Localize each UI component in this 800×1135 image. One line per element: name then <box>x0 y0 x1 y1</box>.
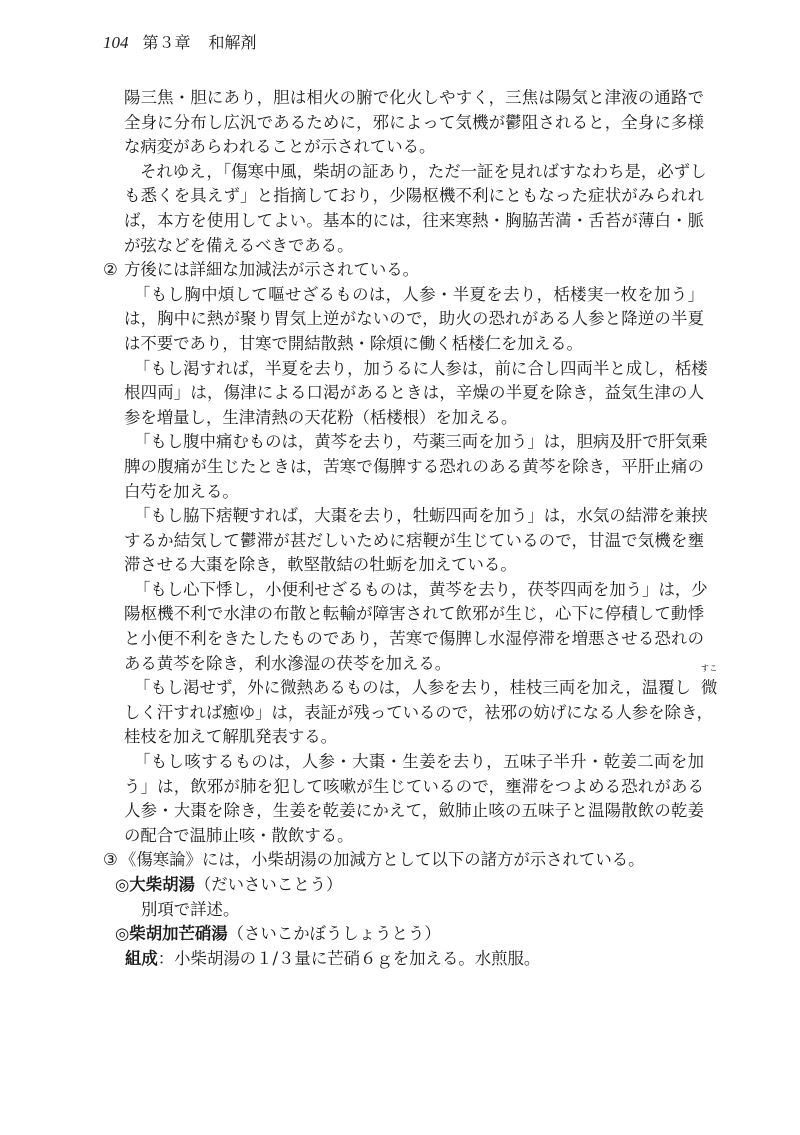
item-marker: ③ <box>103 848 120 873</box>
text-line: するか結気して鬱滞が甚だしいために痞鞕が生じているので，甘温で気機を壅 <box>103 529 704 554</box>
text-line: 参を増量し，生津清熱の天花粉（栝楼根）を加える。 <box>103 406 713 431</box>
text-segment: 「もし渇せず，外に微熱あるものは，人参を去り，桂枝三両を加え，温覆し <box>134 678 691 697</box>
text-line: 「もし脇下痞鞕すれば，大棗を去り，牡蛎四両を加う」は，水気の結滞を兼挟 <box>103 504 704 529</box>
formula-name: ◎大柴胡湯 <box>115 875 195 894</box>
text-line: は不要であり，甘寒で開結散熱・除煩に働く栝楼仁を加える。 <box>103 332 713 357</box>
text-line: 桂枝を加えて解肌発表する。 <box>103 725 713 750</box>
text-line: が弦などを備えるべきである。 <box>103 234 713 259</box>
text-line: 白芍を加える。 <box>103 480 713 505</box>
running-header: 104第３章和解剤 <box>103 33 257 53</box>
paragraph: それゆえ，「傷寒中風，柴胡の証あり，ただ一証を見ればすなわち是，必ずし も悉くを… <box>103 160 713 258</box>
text-line: しく汗すれば癒ゆ」は，表証が残っているので，袪邪の妨げになる人参を除き， <box>103 701 704 726</box>
formula-composition: 組成：小柴胡湯の１/３量に芒硝６ｇを加える。水煎服。 <box>103 947 713 972</box>
text-line: 滞させる大棗を除き，軟堅散結の牡蛎を加えている。 <box>103 553 713 578</box>
ruby-annotation: すこ微 <box>691 676 717 701</box>
formula-reading: （さいこかぼうしょうとう） <box>228 924 441 943</box>
modification-paragraph: 「もし咳するものは，人参・大棗・生姜を去り，五味子半升・乾姜二両を加 う」は，飲… <box>103 750 713 848</box>
formula-reading: （だいさいことう） <box>195 875 343 894</box>
modification-paragraph: 「もし胸中煩して嘔せざるものは，人参・半夏を去り，栝楼実一枚を加う」 は，胸中に… <box>103 283 713 357</box>
paragraph-continuation: 陽三焦・胆にあり，胆は相火の腑で化火しやすく，三焦は陽気と津液の通路で 全身に分… <box>103 86 713 160</box>
item-marker: ② <box>103 258 124 283</box>
text-line: 人参・大棗を除き，生姜を乾姜にかえて，斂肺止咳の五味子と温陽散飲の乾姜 <box>103 799 704 824</box>
text-line: それゆえ，「傷寒中風，柴胡の証あり，ただ一証を見ればすなわち是，必ずし <box>103 160 704 185</box>
text-line: 「もし渇すれば，半夏を去り，加うるに人参は，前に合し四両半と成し，栝楼 <box>103 357 704 382</box>
text-line: う」は，飲邪が肺を犯して咳嗽が生じているので，壅滞をつよめる恐れがある <box>103 775 704 800</box>
list-item-2: ②方後には詳細な加減法が示されている。 <box>103 258 713 283</box>
list-item-3: ③《傷寒論》には，小柴胡湯の加減方として以下の諸方が示されている。 <box>103 848 713 873</box>
chapter-label: 第３章 <box>143 33 191 52</box>
text-line: 「もし腹中痛むものは，黄芩を去り，芍薬三両を加う」は，胆病及肝で肝気乗 <box>103 430 704 455</box>
text-line: 「もし渇せず，外に微熱あるものは，人参を去り，桂枝三両を加え，温覆しすこ微 <box>103 676 704 701</box>
text-line: 全身に分布し広汎であるために，邪によって気機が鬱阻されると，全身に多様 <box>103 111 704 136</box>
text-line: も悉くを具えず」と指摘しており，少陽枢機不利にともなった症状がみられれ <box>103 184 704 209</box>
formula-heading: ◎柴胡加芒硝湯（さいこかぼうしょうとう） <box>103 922 713 947</box>
text-line: ば，本方を使用してよい。基本的には，往来寒熱・胸脇苦満・舌苔が薄白・脈 <box>103 209 704 234</box>
text-line: 陽枢機不利で水津の布散と転輸が障害されて飲邪が生じ，心下に停積して動悸 <box>103 602 704 627</box>
modification-paragraph: 「もし渇すれば，半夏を去り，加うるに人参は，前に合し四両半と成し，栝楼 根四両」… <box>103 357 713 431</box>
text-line: 「もし咳するものは，人参・大棗・生姜を去り，五味子半升・乾姜二両を加 <box>103 750 704 775</box>
text-line: な病変があらわれることが示されている。 <box>103 135 713 160</box>
modification-paragraph: 「もし渇せず，外に微熱あるものは，人参を去り，桂枝三両を加え，温覆しすこ微 しく… <box>103 676 713 750</box>
item-text: 《傷寒論》には，小柴胡湯の加減方として以下の諸方が示されている。 <box>120 850 645 869</box>
text-line: 「もし心下悸し，小便利せざるものは，黄芩を去り，茯苓四両を加う」は，少 <box>103 578 704 603</box>
text-line: 陽三焦・胆にあり，胆は相火の腑で化火しやすく，三焦は陽気と津液の通路で <box>103 86 704 111</box>
ruby-reading: すこ <box>691 665 717 673</box>
ruby-base: 微 <box>701 678 717 697</box>
modification-paragraph: 「もし腹中痛むものは，黄芩を去り，芍薬三両を加う」は，胆病及肝で肝気乗 脾の腹痛… <box>103 430 713 504</box>
formula-name: ◎柴胡加芒硝湯 <box>115 924 228 943</box>
section-title: 和解剤 <box>209 33 257 52</box>
text-line: 「もし胸中煩して嘔せざるものは，人参・半夏を去り，栝楼実一枚を加う」 <box>103 283 704 308</box>
text-line: の配合で温肺止咳・散飲する。 <box>103 824 713 849</box>
text-line: 根四両」は，傷津による口渇があるときは，辛燥の半夏を除き，益気生津の人 <box>103 381 704 406</box>
page-body: 陽三焦・胆にあり，胆は相火の腑で化火しやすく，三焦は陽気と津液の通路で 全身に分… <box>103 86 713 971</box>
composition-label: 組成 <box>125 949 158 968</box>
text-line: 脾の腹痛が生じたときは，苦寒で傷脾する恐れのある黄芩を除き，平肝止痛の <box>103 455 704 480</box>
formula-note: 別項で詳述。 <box>103 898 713 923</box>
item-text: 方後には詳細な加減法が示されている。 <box>124 260 419 279</box>
modification-paragraph: 「もし心下悸し，小便利せざるものは，黄芩を去り，茯苓四両を加う」は，少 陽枢機不… <box>103 578 713 676</box>
composition-text: ：小柴胡湯の１/３量に芒硝６ｇを加える。水煎服。 <box>158 949 541 968</box>
page-number: 104 <box>103 33 129 52</box>
text-line: ある黄芩を除き，利水滲湿の茯苓を加える。 <box>103 652 713 677</box>
modification-paragraph: 「もし脇下痞鞕すれば，大棗を去り，牡蛎四両を加う」は，水気の結滞を兼挟 するか結… <box>103 504 713 578</box>
text-line: と小便不利をきたしたものであり，苦寒で傷脾し水湿停滞を増悪させる恐れの <box>103 627 704 652</box>
text-line: は，胸中に熱が聚り胃気上逆がないので，助火の恐れがある人参と降逆の半夏 <box>103 307 704 332</box>
formula-heading: ◎大柴胡湯（だいさいことう） <box>103 873 713 898</box>
